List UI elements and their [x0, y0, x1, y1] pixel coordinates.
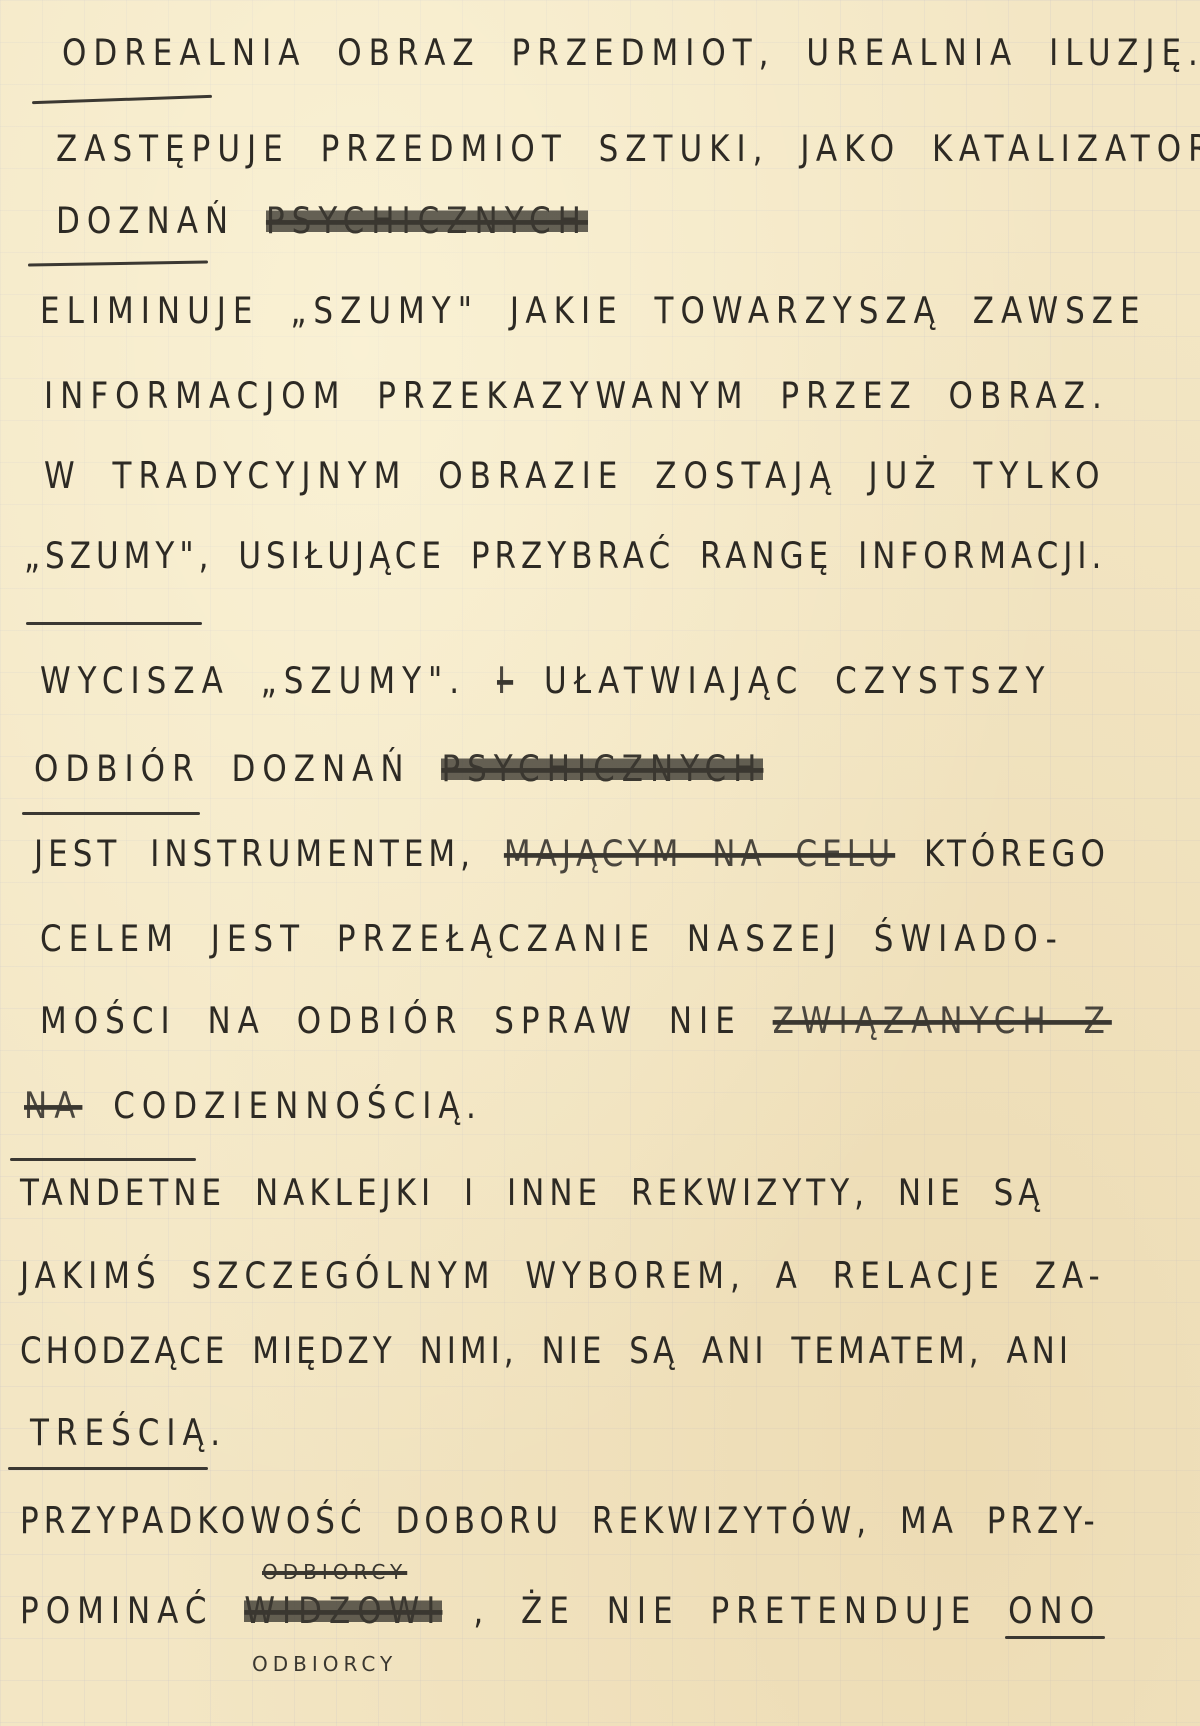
- struck-word: WIDZOWI: [244, 1590, 442, 1632]
- text-line-17: TREŚCIĄ.: [30, 1412, 227, 1454]
- text-line-15: JAKIMŚ SZCZEGÓLNYM WYBOREM, A RELACJE ZA…: [20, 1255, 1106, 1297]
- line-13-post: CODZIENNOŚCIĄ.: [113, 1085, 483, 1127]
- line-2-text: ZASTĘPUJE PRZEDMIOT SZTUKI, JAKO KATALIZ…: [56, 128, 1200, 170]
- text-line-10: JEST INSTRUMENTEM, MAJĄCYM NA CELU KTÓRE…: [34, 833, 1110, 875]
- line-9-text: ODBIÓR DOZNAŃ: [34, 748, 411, 790]
- line-12-pre: MOŚCI NA ODBIÓR SPRAW NIE: [40, 1000, 742, 1042]
- line-19-post: , ŻE NIE PRETENDUJE ONO: [473, 1590, 1101, 1632]
- line-8-post: UŁATWIAJĄC CZYSTSZY: [544, 660, 1051, 702]
- struck-word: PSYCHICZNYCH: [266, 200, 588, 242]
- line-1-text: ODREALNIA OBRAZ PRZEDMIOT, UREALNIA ILUZ…: [62, 32, 1200, 74]
- line-17-text: TREŚCIĄ.: [30, 1412, 227, 1454]
- text-line-6: W TRADYCYJNYM OBRAZIE ZOSTAJĄ JUŻ TYLKO: [44, 455, 1107, 497]
- struck-phrase: MAJĄCYM NA CELU: [504, 833, 895, 875]
- underline-doznan: [28, 260, 208, 266]
- line-10-pre: JEST INSTRUMENTEM,: [34, 833, 475, 875]
- line-5-text: INFORMACJOM PRZEKAZYWANYM PRZEZ OBRAZ.: [44, 375, 1109, 417]
- text-line-14: TANDETNE NAKLEJKI I INNE REKWIZYTY, NIE …: [20, 1172, 1045, 1214]
- text-line-11: CELEM JEST PRZEŁĄCZANIE NASZEJ ŚWIADO-: [40, 918, 1064, 960]
- struck-word: PSYCHICZNYCH: [441, 748, 763, 790]
- line-10-post: KTÓREGO: [924, 833, 1110, 875]
- text-line-4: ELIMINUJE „SZUMY" JAKIE TOWARZYSZĄ ZAWSZ…: [40, 290, 1147, 332]
- text-line-19: POMINAĆ WIDZOWI , ŻE NIE PRETENDUJE ONO: [20, 1590, 1101, 1632]
- struck-word: NA: [24, 1085, 82, 1127]
- text-line-1: ODREALNIA OBRAZ PRZEDMIOT, UREALNIA ILUZ…: [62, 32, 1200, 74]
- manuscript-page: ODREALNIA OBRAZ PRZEDMIOT, UREALNIA ILUZ…: [0, 0, 1200, 1726]
- line-7-text: „SZUMY", USIŁUJĄCE PRZYBRAĆ RANGĘ INFORM…: [24, 535, 1106, 577]
- line-15-text: JAKIMŚ SZCZEGÓLNYM WYBOREM, A RELACJE ZA…: [20, 1255, 1106, 1297]
- text-line-8: WYCISZA „SZUMY". I UŁATWIAJĄC CZYSTSZY: [40, 660, 1051, 702]
- text-line-2: ZASTĘPUJE PRZEDMIOT SZTUKI, JAKO KATALIZ…: [56, 128, 1200, 170]
- underline-odbior: [22, 812, 200, 815]
- line-4-text: ELIMINUJE „SZUMY" JAKIE TOWARZYSZĄ ZAWSZ…: [40, 290, 1147, 332]
- section-divider-1: [26, 622, 202, 625]
- struck-word: I: [497, 660, 513, 702]
- line-14-text: TANDETNE NAKLEJKI I INNE REKWIZYTY, NIE …: [20, 1172, 1045, 1214]
- section-divider-2: [10, 1158, 196, 1161]
- text-line-3: DOZNAŃ PSYCHICZNYCH: [56, 200, 588, 242]
- text-line-16: CHODZĄCE MIĘDZY NIMI, NIE SĄ ANI TEMATEM…: [20, 1330, 1072, 1372]
- underline-ono: [1005, 1636, 1105, 1639]
- struck-insertion-above: ODBIORCY: [262, 1560, 407, 1584]
- struck-phrase: ZWIĄZANYCH Z: [773, 1000, 1112, 1042]
- text-line-12: MOŚCI NA ODBIÓR SPRAW NIE ZWIĄZANYCH Z: [40, 1000, 1112, 1042]
- line-6-text: W TRADYCYJNYM OBRAZIE ZOSTAJĄ JUŻ TYLKO: [44, 455, 1107, 497]
- text-line-9: ODBIÓR DOZNAŃ PSYCHICZNYCH: [34, 748, 763, 790]
- text-line-5: INFORMACJOM PRZEKAZYWANYM PRZEZ OBRAZ.: [44, 375, 1109, 417]
- line-19-pre: POMINAĆ: [20, 1590, 213, 1632]
- underline-odrealnia: [32, 95, 212, 104]
- line-11-text: CELEM JEST PRZEŁĄCZANIE NASZEJ ŚWIADO-: [40, 918, 1064, 960]
- line-8-pre: WYCISZA „SZUMY".: [40, 660, 466, 702]
- text-line-7: „SZUMY", USIŁUJĄCE PRZYBRAĆ RANGĘ INFORM…: [24, 535, 1106, 577]
- underline-trescia: [8, 1467, 208, 1470]
- line-16-text: CHODZĄCE MIĘDZY NIMI, NIE SĄ ANI TEMATEM…: [20, 1330, 1072, 1372]
- insertion-below: ODBIORCY: [252, 1652, 397, 1676]
- line-3-text: DOZNAŃ: [56, 200, 235, 242]
- text-line-18: PRZYPADKOWOŚĆ DOBORU REKWIZYTÓW, MA PRZY…: [20, 1500, 1100, 1542]
- line-18-text: PRZYPADKOWOŚĆ DOBORU REKWIZYTÓW, MA PRZY…: [20, 1500, 1100, 1542]
- text-line-13: NA CODZIENNOŚCIĄ.: [24, 1085, 483, 1127]
